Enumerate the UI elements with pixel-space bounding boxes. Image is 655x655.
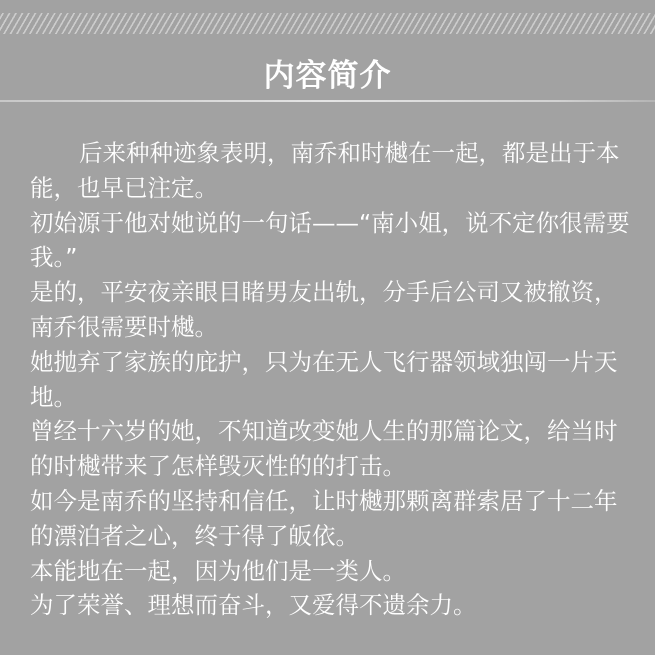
synopsis-paragraph: 是的，平安夜亲眼目睹男友出轨，分手后公司又被撤资，南乔很需要时樾。 (30, 275, 630, 345)
synopsis-paragraph: 她抛弃了家族的庇护，只为在无人飞行器领域独闯一片天地。 (30, 345, 630, 415)
synopsis-paragraph: 本能地在一起，因为他们是一类人。 (30, 554, 630, 589)
synopsis-body: 后来种种迹象表明，南乔和时樾在一起，都是出于本能，也早已注定。 初始源于他对她说… (30, 136, 630, 623)
synopsis-paragraph: 为了荣誉、理想而奋斗，又爱得不遗余力。 (30, 588, 630, 623)
synopsis-page: 内容简介 后来种种迹象表明，南乔和时樾在一起，都是出于本能，也早已注定。 初始源… (0, 0, 655, 655)
section-title: 内容简介 (0, 54, 655, 98)
title-divider (0, 100, 655, 102)
synopsis-paragraph: 初始源于他对她说的一句话——“南小姐，说不定你很需要我。” (30, 206, 630, 276)
decorative-stripe-band (0, 13, 655, 34)
synopsis-paragraph: 后来种种迹象表明，南乔和时樾在一起，都是出于本能，也早已注定。 (30, 136, 630, 206)
synopsis-paragraph: 曾经十六岁的她，不知道改变她人生的那篇论文，给当时的时樾带来了怎样毁灭性的的打击… (30, 414, 630, 484)
synopsis-paragraph: 如今是南乔的坚持和信任，让时樾那颗离群索居了十二年的漂泊者之心，终于得了皈依。 (30, 484, 630, 554)
